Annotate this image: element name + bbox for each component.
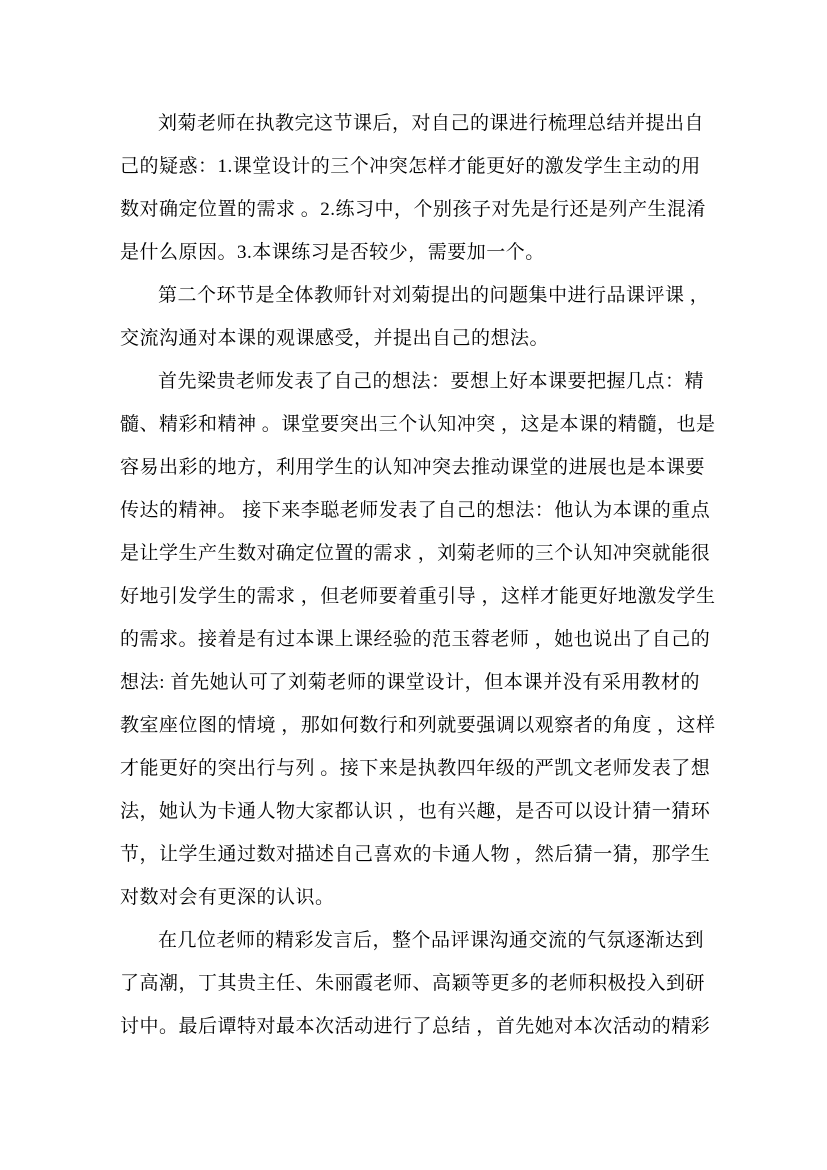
text-line: 刘菊老师在执教完这节课后，对自己的课进行梳理总结并提出自 [120,102,700,145]
text-line: 教室座位图的情境 ，那如何数行和列就要强调以观察者的角度 ，这样 [120,704,700,747]
text-line: 法，她认为卡通人物大家都认识 ，也有兴趣，是否可以设计猜一猜环 [120,790,700,833]
document-page: 刘菊老师在执教完这节课后，对自己的课进行梳理总结并提出自 己的疑惑：1.课堂设计… [0,0,827,1170]
text-line: 传达的精神。 接下来李聪老师发表了自己的想法：他认为本课的重点 [120,489,700,532]
paragraph-summary: 在几位老师的精彩发言后，整个品评课沟通交流的气氛逐渐达到 了高潮，丁其贵主任、朱… [120,919,700,1048]
text-line: 在几位老师的精彩发言后，整个品评课沟通交流的气氛逐渐达到 [120,919,700,962]
text-line: 对数对会有更深的认识。 [120,876,700,919]
text-line: 数对确定位置的需求 。2.练习中，个别孩子对先是行还是列产生混淆 [120,188,700,231]
text-line: 髓、精彩和精神 。课堂要突出三个认知冲突 ，这是本课的精髓，也是 [120,403,700,446]
text-line: 第二个环节是全体教师针对刘菊提出的问题集中进行品课评课 ， [120,274,700,317]
text-line: 己的疑惑：1.课堂设计的三个冲突怎样才能更好的激发学生主动的用 [120,145,700,188]
text-line: 好地引发学生的需求 ，但老师要着重引导 ，这样才能更好地激发学生 [120,575,700,618]
text-line: 想法: 首先她认可了刘菊老师的课堂设计，但本课并没有采用教材的 [120,661,700,704]
paragraph-second-stage: 第二个环节是全体教师针对刘菊提出的问题集中进行品课评课 ， 交流沟通对本课的观课… [120,274,700,360]
text-line: 是什么原因。3.本课练习是否较少，需要加一个。 [120,231,700,274]
text-line: 讨中。最后谭特对最本次活动进行了总结 ，首先她对本次活动的精彩 [120,1005,700,1048]
paragraph-teachers-comments: 首先梁贵老师发表了自己的想法：要想上好本课要把握几点：精 髓、精彩和精神 。课堂… [120,360,700,919]
text-line: 了高潮，丁其贵主任、朱丽霞老师、高颖等更多的老师积极投入到研 [120,962,700,1005]
text-line: 节，让学生通过数对描述自己喜欢的卡通人物 ，然后猜一猜，那学生 [120,833,700,876]
text-line: 的需求。接着是有过本课上课经验的范玉蓉老师 ，她也说出了自己的 [120,618,700,661]
text-line: 才能更好的突出行与列 。接下来是执教四年级的严凯文老师发表了想 [120,747,700,790]
text-line: 容易出彩的地方，利用学生的认知冲突去推动课堂的进展也是本课要 [120,446,700,489]
text-line: 是让学生产生数对确定位置的需求 ，刘菊老师的三个认知冲突就能很 [120,532,700,575]
text-line: 交流沟通对本课的观课感受，并提出自己的想法。 [120,317,700,360]
paragraph-teacher-reflection: 刘菊老师在执教完这节课后，对自己的课进行梳理总结并提出自 己的疑惑：1.课堂设计… [120,102,700,274]
text-line: 首先梁贵老师发表了自己的想法：要想上好本课要把握几点：精 [120,360,700,403]
